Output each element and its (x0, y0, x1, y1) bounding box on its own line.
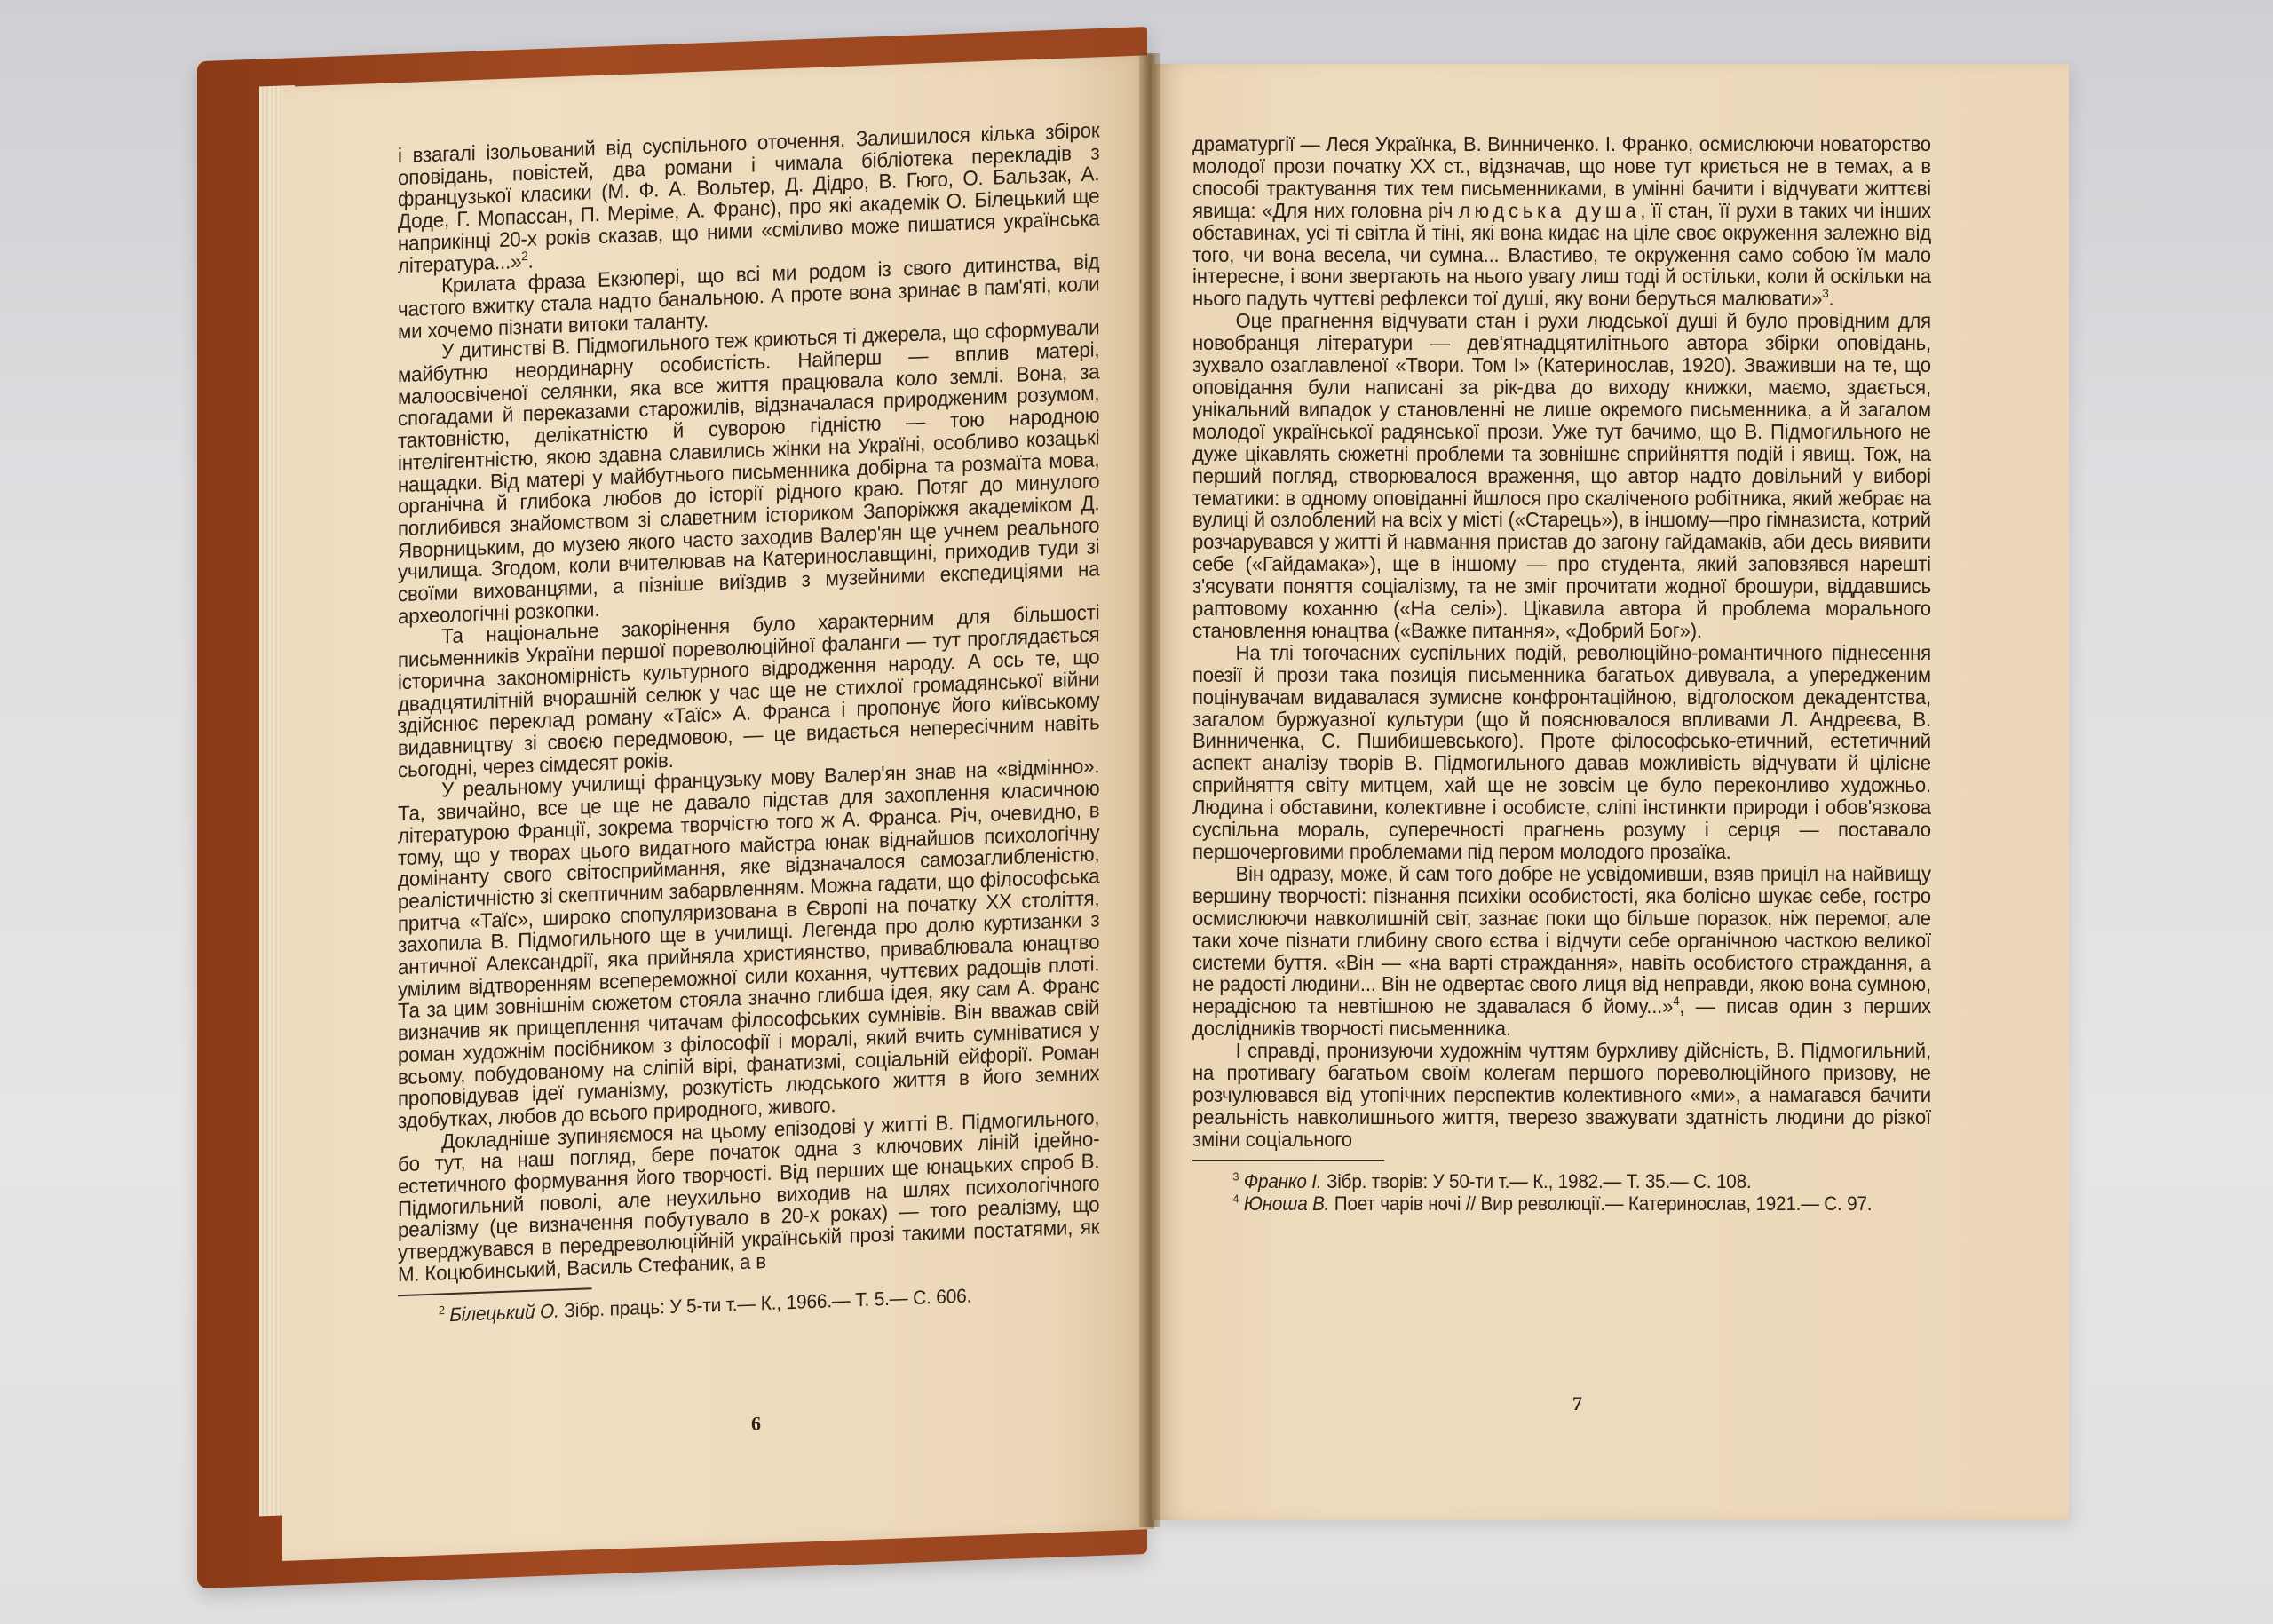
footnote-divider (1192, 1160, 1384, 1161)
book-gutter (1139, 53, 1160, 1527)
paragraph: У реальному училищі французьку мову Вале… (398, 756, 1099, 1132)
footnote-divider (398, 1287, 592, 1296)
footnote: 3 Франко І. Зібр. творів: У 50-ти т.— К.… (1192, 1170, 1931, 1192)
footnote-author: Франко І. (1244, 1170, 1322, 1192)
right-page-body: драматургії — Леся Українка, В. Винничен… (1192, 133, 1931, 1215)
footnote: 2 Білецький О. Зібр. праць: У 5-ти т.— К… (398, 1279, 1099, 1327)
footnote-text: Зібр. творів: У 50-ти т.— К., 1982.— Т. … (1321, 1170, 1751, 1192)
paragraph: драматургії — Леся Українка, В. Винничен… (1192, 133, 1931, 310)
footnote-number: 2 (439, 1303, 445, 1317)
paragraph: У дитинстві В. Підмогильного теж криютьс… (398, 317, 1099, 628)
footnote-author: Білецький О. (449, 1299, 558, 1326)
footnote-number: 4 (1232, 1192, 1239, 1205)
photo-scene: і взагалі ізольований від суспільного от… (0, 0, 2273, 1624)
paragraph: Він одразу, може, й сам того добре не ус… (1192, 863, 1931, 1040)
page-number: 7 (1572, 1392, 1582, 1415)
paragraph-tail: . (1829, 287, 1834, 310)
left-page: і взагалі ізольований від суспільного от… (282, 55, 1154, 1561)
footnote-author: Юноша В. (1244, 1192, 1329, 1215)
paragraph: Докладніше зупиняємося на цьому епізодов… (398, 1106, 1099, 1286)
page-number: 6 (751, 1412, 761, 1435)
paragraph: Та національне закорінення було характер… (398, 602, 1099, 781)
right-page: драматургії — Леся Українка, В. Винничен… (1150, 64, 2069, 1520)
paragraph: На тлі тогочасних суспільних подій, рево… (1192, 642, 1931, 863)
footnote-text: Зібр. праць: У 5-ти т.— К., 1966.— Т. 5.… (559, 1284, 972, 1321)
footnote-text: Поет чарів ночі // Вир революції.— Катер… (1329, 1192, 1872, 1215)
paragraph: Оце прагнення відчувати стан і рухи людс… (1192, 310, 1931, 642)
footnote-number: 3 (1232, 1169, 1239, 1183)
footnote: 4 Юноша В. Поет чарів ночі // Вир револю… (1192, 1192, 1931, 1215)
paragraph-tail: . (528, 249, 534, 272)
emphasis-text: людська душа (1459, 199, 1640, 222)
paragraph: І справді, пронизуючи художнім чуттям бу… (1192, 1040, 1931, 1151)
left-page-body: і взагалі ізольований від суспільного от… (398, 119, 1099, 1327)
